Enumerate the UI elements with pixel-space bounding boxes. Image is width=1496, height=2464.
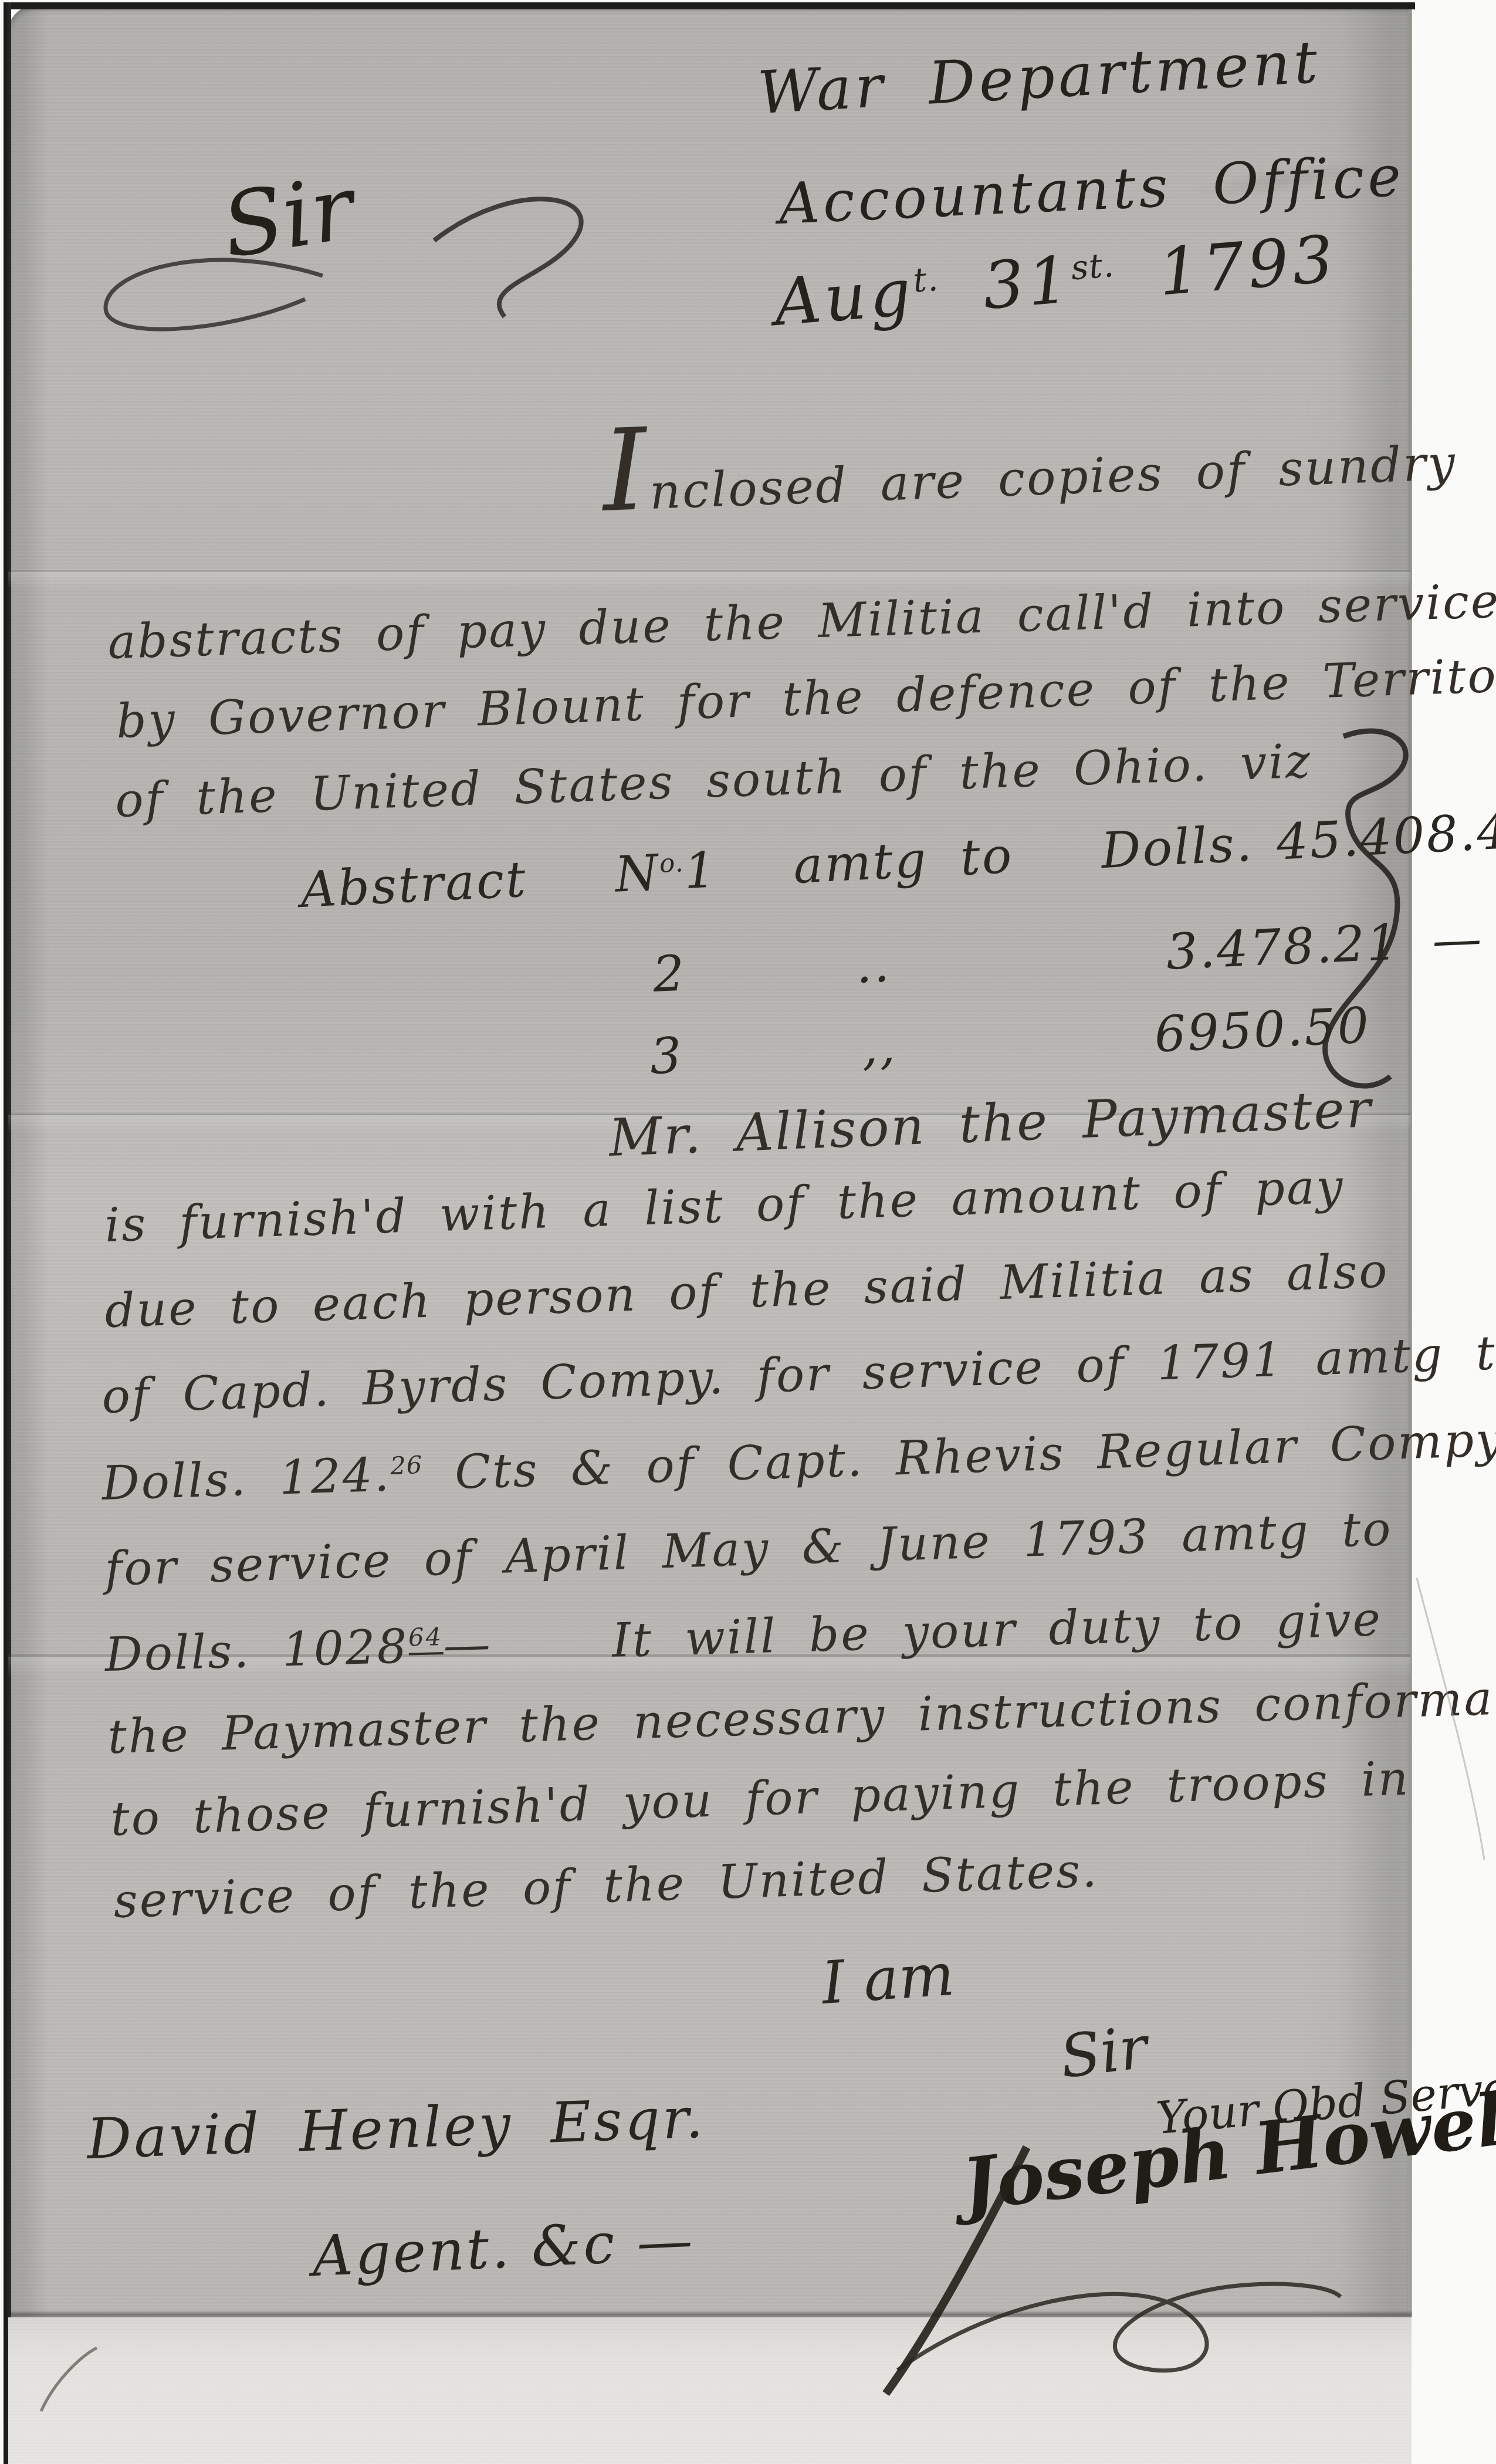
date-month: Aug — [771, 255, 917, 340]
closing-sir: Sir — [1057, 2013, 1151, 2091]
date-day: 31 — [980, 242, 1075, 324]
abstract-no-3: 3 — [649, 1027, 685, 1085]
abstract-value-3: 6950.50 — [1153, 996, 1372, 1063]
scanned-letter-page: War Department Accountants Office Augt. … — [0, 0, 1496, 2464]
line7-cents-sup: 64 — [408, 1622, 443, 1656]
line7-amount: Dolls. 1028 — [104, 1619, 409, 1682]
salutation: Sir — [216, 157, 361, 278]
abstract-no-2: 2 — [652, 945, 688, 1003]
date-year: 1793 — [1156, 221, 1339, 310]
abstract-currency: Dolls. — [1100, 815, 1255, 880]
abstract-no-value: 1 — [683, 841, 719, 900]
paper-right-edge — [1408, 6, 1412, 2317]
line5-cents-sup: 26 — [390, 1450, 423, 1480]
abstract-no-sup: o. — [659, 848, 685, 879]
ditto-mark-3: ,, — [861, 1017, 898, 1076]
line5-amount: Dolls. 124. — [101, 1447, 391, 1511]
abstract-label: Abstract — [299, 850, 529, 919]
scan-left-edge — [4, 2, 11, 2464]
date-superscript-t: t. — [912, 260, 940, 300]
ditto-mark-2: .. — [855, 935, 892, 994]
scan-top-edge — [5, 2, 1415, 9]
abstract-amt: amtg to — [792, 827, 1015, 895]
line7-dash: — — [442, 1617, 493, 1673]
date-superscript-st: st. — [1069, 246, 1115, 288]
abstract-no-prefix: N — [614, 844, 661, 903]
backing-sheet — [8, 2317, 1412, 2464]
closing-i-am: I am — [820, 1940, 956, 2018]
